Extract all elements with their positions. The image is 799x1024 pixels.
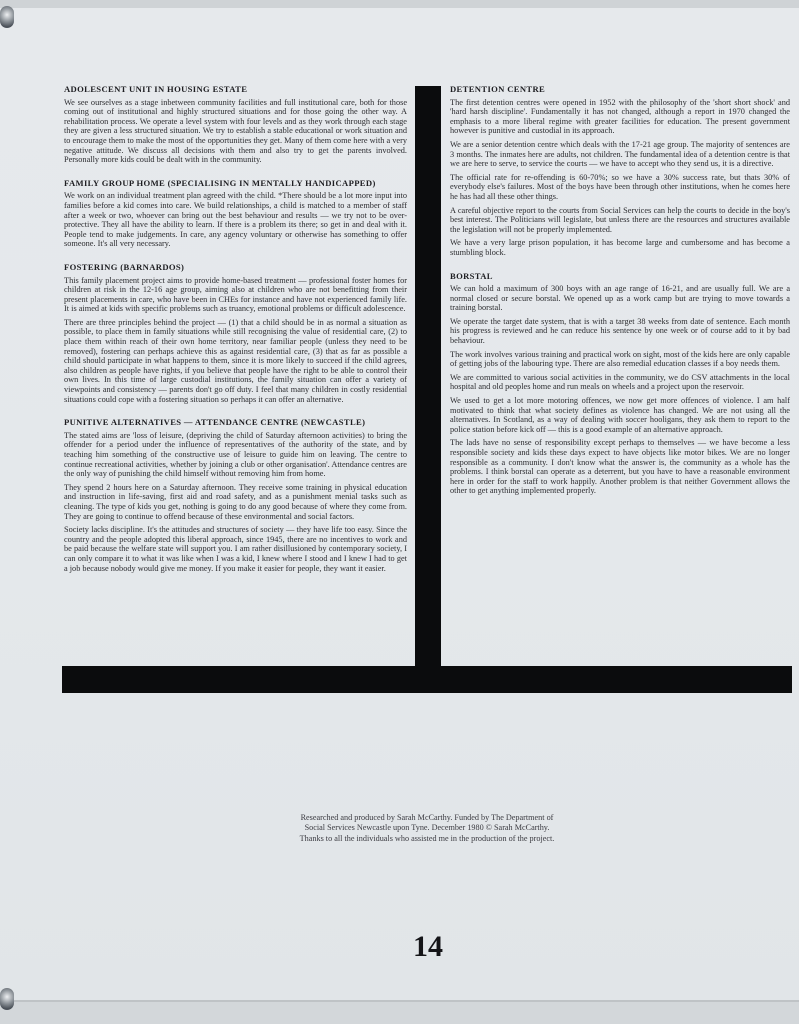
section-paragraph: We have a very large prison population, … xyxy=(450,238,790,257)
section-adolescent-unit: ADOLESCENT UNIT IN HOUSING ESTATE We see… xyxy=(64,85,407,165)
section-paragraph: This family placement project aims to pr… xyxy=(64,276,407,314)
credits-line: Social Services Newcastle upon Tyne. Dec… xyxy=(262,823,592,833)
section-family-group-home: FAMILY GROUP HOME (SPECIALISING IN MENTA… xyxy=(64,179,407,249)
horizontal-divider-bar xyxy=(62,666,792,693)
section-heading: FOSTERING (BARNARDOS) xyxy=(64,263,407,273)
page-number: 14 xyxy=(390,930,466,964)
display-frame-bottom xyxy=(0,1000,799,1024)
section-paragraph: The official rate for re-offending is 60… xyxy=(450,173,790,202)
right-column: DETENTION CENTRE The first detention cen… xyxy=(450,85,790,510)
vertical-divider-bar xyxy=(415,86,441,671)
section-paragraph: We are committed to various social activ… xyxy=(450,373,790,392)
mounting-clip-icon xyxy=(0,6,14,28)
section-paragraph: The work involves various training and p… xyxy=(450,350,790,369)
credits-line: Thanks to all the individuals who assist… xyxy=(262,834,592,844)
mounting-clip-icon xyxy=(0,988,14,1010)
section-fostering: FOSTERING (BARNARDOS) This family placem… xyxy=(64,263,407,404)
section-heading: PUNITIVE ALTERNATIVES — ATTENDANCE CENTR… xyxy=(64,418,407,428)
section-paragraph: They spend 2 hours here on a Saturday af… xyxy=(64,483,407,521)
section-paragraph: We see ourselves as a stage inbetween co… xyxy=(64,98,407,165)
section-paragraph: There are three principles behind the pr… xyxy=(64,318,407,404)
section-paragraph: We work on an individual treatment plan … xyxy=(64,191,407,249)
left-column: ADOLESCENT UNIT IN HOUSING ESTATE We see… xyxy=(64,85,407,587)
section-paragraph: Society lacks discipline. It's the attit… xyxy=(64,525,407,573)
section-heading: ADOLESCENT UNIT IN HOUSING ESTATE xyxy=(64,85,407,95)
section-paragraph: The first detention centres were opened … xyxy=(450,98,790,136)
section-heading: DETENTION CENTRE xyxy=(450,85,790,95)
section-paragraph: We operate the target date system, that … xyxy=(450,317,790,346)
section-paragraph: The stated aims are 'loss of leisure, (d… xyxy=(64,431,407,479)
section-paragraph: The lads have no sense of responsibility… xyxy=(450,438,790,496)
section-paragraph: A careful objective report to the courts… xyxy=(450,206,790,235)
section-borstal: BORSTAL We can hold a maximum of 300 boy… xyxy=(450,272,790,496)
section-heading: BORSTAL xyxy=(450,272,790,282)
section-paragraph: We are a senior detention centre which d… xyxy=(450,140,790,169)
section-paragraph: We used to get a lot more motoring offen… xyxy=(450,396,790,434)
credits-block: Researched and produced by Sarah McCarth… xyxy=(262,813,592,844)
section-heading: FAMILY GROUP HOME (SPECIALISING IN MENTA… xyxy=(64,179,407,189)
credits-line: Researched and produced by Sarah McCarth… xyxy=(262,813,592,823)
section-paragraph: We can hold a maximum of 300 boys with a… xyxy=(450,284,790,313)
section-detention-centre: DETENTION CENTRE The first detention cen… xyxy=(450,85,790,258)
section-punitive-alternatives: PUNITIVE ALTERNATIVES — ATTENDANCE CENTR… xyxy=(64,418,407,573)
